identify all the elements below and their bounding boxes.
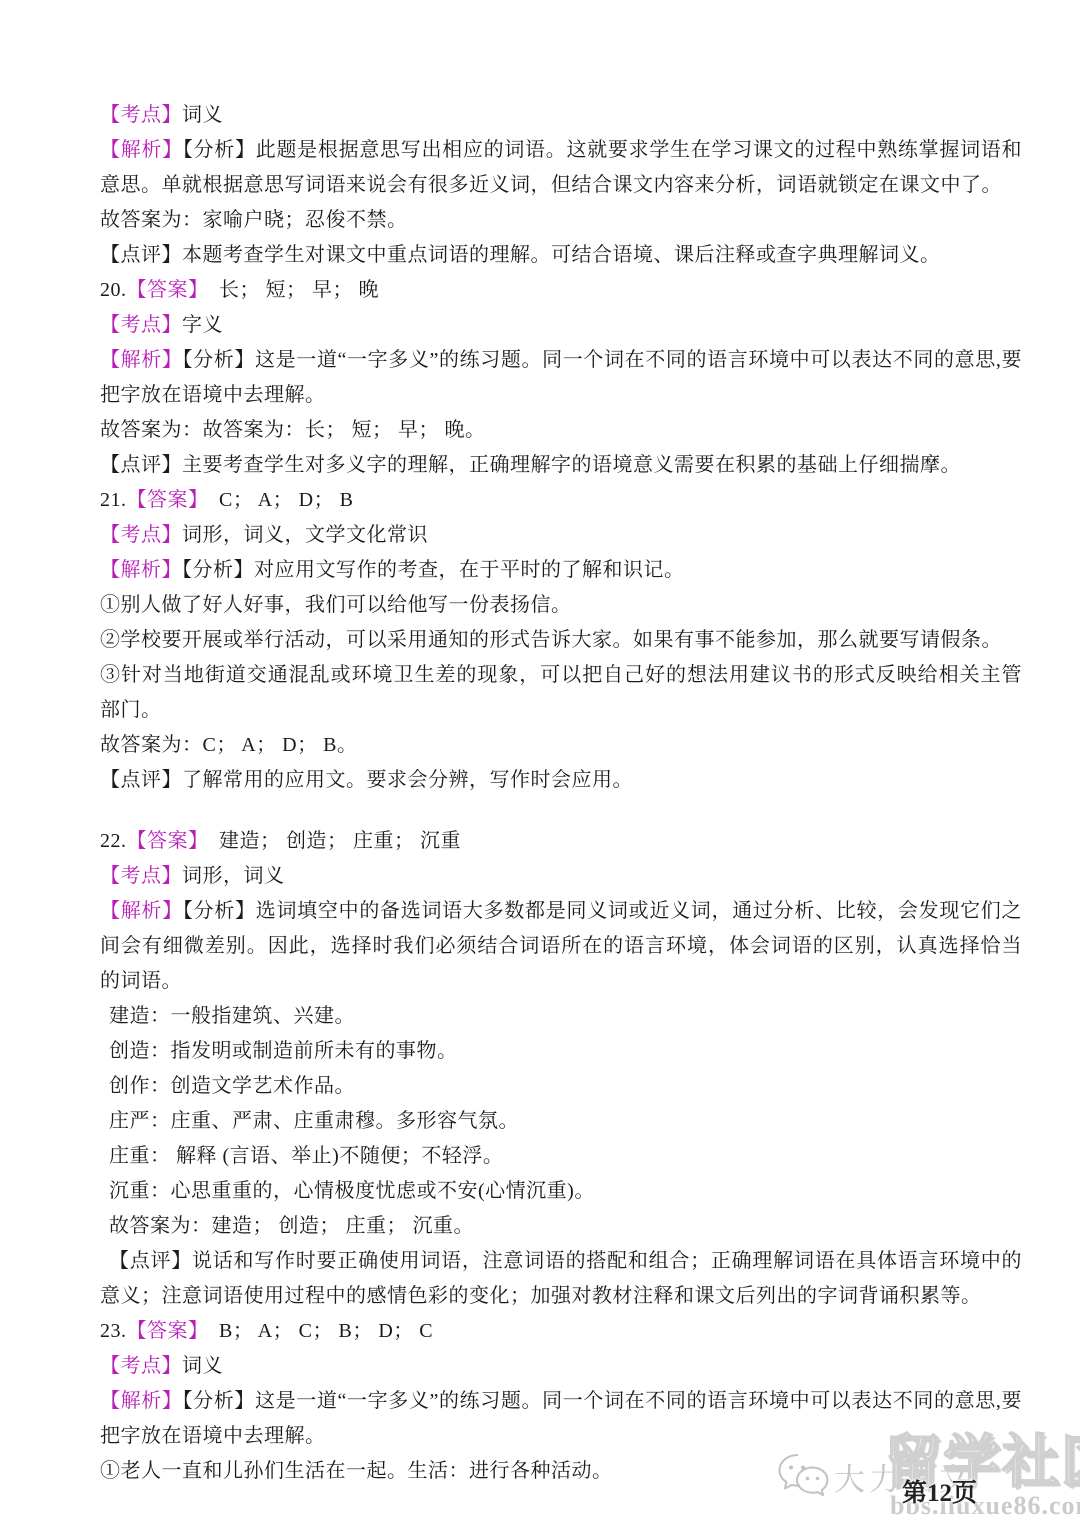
definition-line: 创造：指发明或制造前所未有的事物。 [100, 1034, 1022, 1069]
definition-line: 庄严：庄重、严肃、庄重肃穆。多形容气氛。 [100, 1104, 1022, 1139]
scanned-answer-key-page: { "colors":{ "label_accent":"#b71fb7", "… [0, 0, 1080, 1527]
bracket-label: 【答案】 [127, 489, 199, 511]
watermark: 大力语文 留学社区 bbs.liuxue86.com 第12页 [768, 1440, 1080, 1527]
answer-line: 20.【答案】 长； 短； 早； 晚 [100, 273, 1022, 308]
answer-line: 22.【答案】 建造； 创造； 庄重； 沉重 [100, 824, 1022, 859]
body-text: 【点评】本题考查学生对课文中重点词语的理解。可结合语境、课后注释或查字典理解词义… [100, 244, 941, 266]
exam-point-line: 【考点】词义 [100, 98, 1022, 133]
body-text: 词形，词义 [182, 865, 285, 887]
bracket-label: 【考点】 [100, 314, 182, 336]
bracket-label: 【解析】 [100, 139, 183, 161]
body-text: C； A； D； B [199, 489, 354, 511]
answer-statement-line: 故答案为：C； A； D； B。 [100, 728, 1022, 763]
list-item-line: ②学校要开展或举行活动，可以采用通知的形式告诉大家。如果有事不能参加，那么就要写… [100, 623, 1022, 658]
answer-line: 21.【答案】 C； A； D； B [100, 483, 1022, 518]
bracket-label: 【解析】 [100, 559, 182, 581]
bracket-label: 【答案】 [127, 830, 199, 852]
definition-line: 建造：一般指建筑、兴建。 [100, 999, 1022, 1034]
body-text: 沉重：心思重重的，心情极度忧虑或不安(心情沉重)。 [109, 1180, 595, 1202]
body-text: ①老人一直和儿孙们生活在一起。生活：进行各种活动。 [100, 1460, 613, 1482]
body-text: 【分析】对应用文写作的考查，在于平时的了解和识记。 [182, 559, 685, 581]
answer-key-document: 【考点】词义【解析】【分析】此题是根据意思写出相应的词语。这就要求学生在学习课文… [100, 98, 1022, 1489]
answer-line: 23.【答案】 B； A； C； B； D； C [100, 1314, 1022, 1349]
body-text: 【点评】主要考查学生对多义字的理解，正确理解字的语境意义需要在积累的基础上仔细揣… [100, 454, 961, 476]
exam-point-line: 【考点】字义 [100, 308, 1022, 343]
bracket-label: 【考点】 [100, 104, 182, 126]
bracket-label: 【考点】 [100, 865, 182, 887]
body-text: 故答案为：C； A； D； B。 [100, 734, 357, 756]
body-text: 庄严：庄重、严肃、庄重肃穆。多形容气氛。 [109, 1110, 519, 1132]
definition-line: 庄重： 解释 (言语、举止)不随便；不轻浮。 [100, 1139, 1022, 1174]
body-text: 建造：一般指建筑、兴建。 [109, 1005, 355, 1027]
answer-statement-line: 故答案为：家喻户晓；忍俊不禁。 [100, 203, 1022, 238]
bracket-label: 【解析】 [100, 349, 183, 371]
body-text: ③针对当地街道交通混乱或环境卫生差的现象，可以把自己好的想法用建议书的形式反映给… [100, 664, 1022, 721]
body-text: 创作：创造文学艺术作品。 [109, 1075, 355, 1097]
body-text: 词义 [182, 104, 223, 126]
body-text: 词义 [182, 1355, 223, 1377]
body-text: 【点评】了解常用的应用文。要求会分辨，写作时会应用。 [100, 769, 633, 791]
comment-line: 【点评】说话和写作时要正确使用词语，注意词语的搭配和组合；正确理解词语在具体语言… [100, 1244, 1022, 1314]
definition-line: 创作：创造文学艺术作品。 [100, 1069, 1022, 1104]
body-text: ②学校要开展或举行活动，可以采用通知的形式告诉大家。如果有事不能参加，那么就要写… [100, 629, 1002, 651]
list-item-line: ①别人做了好人好事，我们可以给他写一份表扬信。 [100, 588, 1022, 623]
question-number: 22. [100, 830, 127, 852]
list-item-line: ③针对当地街道交通混乱或环境卫生差的现象，可以把自己好的想法用建议书的形式反映给… [100, 658, 1022, 728]
body-text: 字义 [182, 314, 223, 336]
bracket-label: 【解析】 [100, 1390, 183, 1412]
body-text: 故答案为：家喻户晓；忍俊不禁。 [100, 209, 408, 231]
bracket-label: 【答案】 [127, 1320, 199, 1342]
body-text: 创造：指发明或制造前所未有的事物。 [109, 1040, 458, 1062]
body-text: 【分析】这是一道“一字多义”的练习题。同一个词在不同的语言环境中可以表达不同的意… [100, 349, 1022, 406]
page-number: 第12页 [902, 1473, 977, 1509]
body-text: B； A； C； B； D； C [199, 1320, 434, 1342]
analysis-line: 【解析】【分析】此题是根据意思写出相应的词语。这就要求学生在学习课文的过程中熟练… [100, 133, 1022, 203]
body-text: 词形，词义，文学文化常识 [182, 524, 428, 546]
bracket-label: 【解析】 [100, 900, 183, 922]
answer-statement-line: 故答案为：故答案为：长； 短； 早； 晚。 [100, 413, 1022, 448]
bracket-label: 【答案】 [127, 279, 199, 301]
analysis-line: 【解析】【分析】对应用文写作的考查，在于平时的了解和识记。 [100, 553, 1022, 588]
body-text: 庄重： 解释 (言语、举止)不随便；不轻浮。 [109, 1145, 503, 1167]
comment-line: 【点评】本题考查学生对课文中重点词语的理解。可结合语境、课后注释或查字典理解词义… [100, 238, 1022, 273]
body-text: 故答案为：故答案为：长； 短； 早； 晚。 [100, 419, 486, 441]
question-number: 20. [100, 279, 127, 301]
wechat-icon [776, 1452, 832, 1500]
body-text: 故答案为：建造； 创造； 庄重； 沉重。 [109, 1215, 474, 1237]
comment-line: 【点评】了解常用的应用文。要求会分辨，写作时会应用。 [100, 763, 1022, 798]
bracket-label: 【考点】 [100, 1355, 182, 1377]
body-text: 【分析】此题是根据意思写出相应的词语。这就要求学生在学习课文的过程中熟练掌握词语… [100, 139, 1022, 196]
exam-point-line: 【考点】词形，词义，文学文化常识 [100, 518, 1022, 553]
exam-point-line: 【考点】词形，词义 [100, 859, 1022, 894]
definition-line: 沉重：心思重重的，心情极度忧虑或不安(心情沉重)。 [100, 1174, 1022, 1209]
body-text: 长； 短； 早； 晚 [199, 279, 380, 301]
analysis-line: 【解析】【分析】这是一道“一字多义”的练习题。同一个词在不同的语言环境中可以表达… [100, 343, 1022, 413]
body-text: 【点评】说话和写作时要正确使用词语，注意词语的搭配和组合；正确理解词语在具体语言… [100, 1250, 1022, 1307]
analysis-line: 【解析】【分析】选词填空中的备选词语大多数都是同义词或近义词，通过分析、比较，会… [100, 894, 1022, 999]
body-text: 【分析】选词填空中的备选词语大多数都是同义词或近义词，通过分析、比较，会发现它们… [100, 900, 1022, 992]
comment-line: 【点评】主要考查学生对多义字的理解，正确理解字的语境意义需要在积累的基础上仔细揣… [100, 448, 1022, 483]
answer-statement-line: 故答案为：建造； 创造； 庄重； 沉重。 [100, 1209, 1022, 1244]
bracket-label: 【考点】 [100, 524, 182, 546]
question-number: 23. [100, 1320, 127, 1342]
body-text: 建造； 创造； 庄重； 沉重 [199, 830, 462, 852]
body-text: ①别人做了好人好事，我们可以给他写一份表扬信。 [100, 594, 572, 616]
exam-point-line: 【考点】词义 [100, 1349, 1022, 1384]
question-number: 21. [100, 489, 127, 511]
